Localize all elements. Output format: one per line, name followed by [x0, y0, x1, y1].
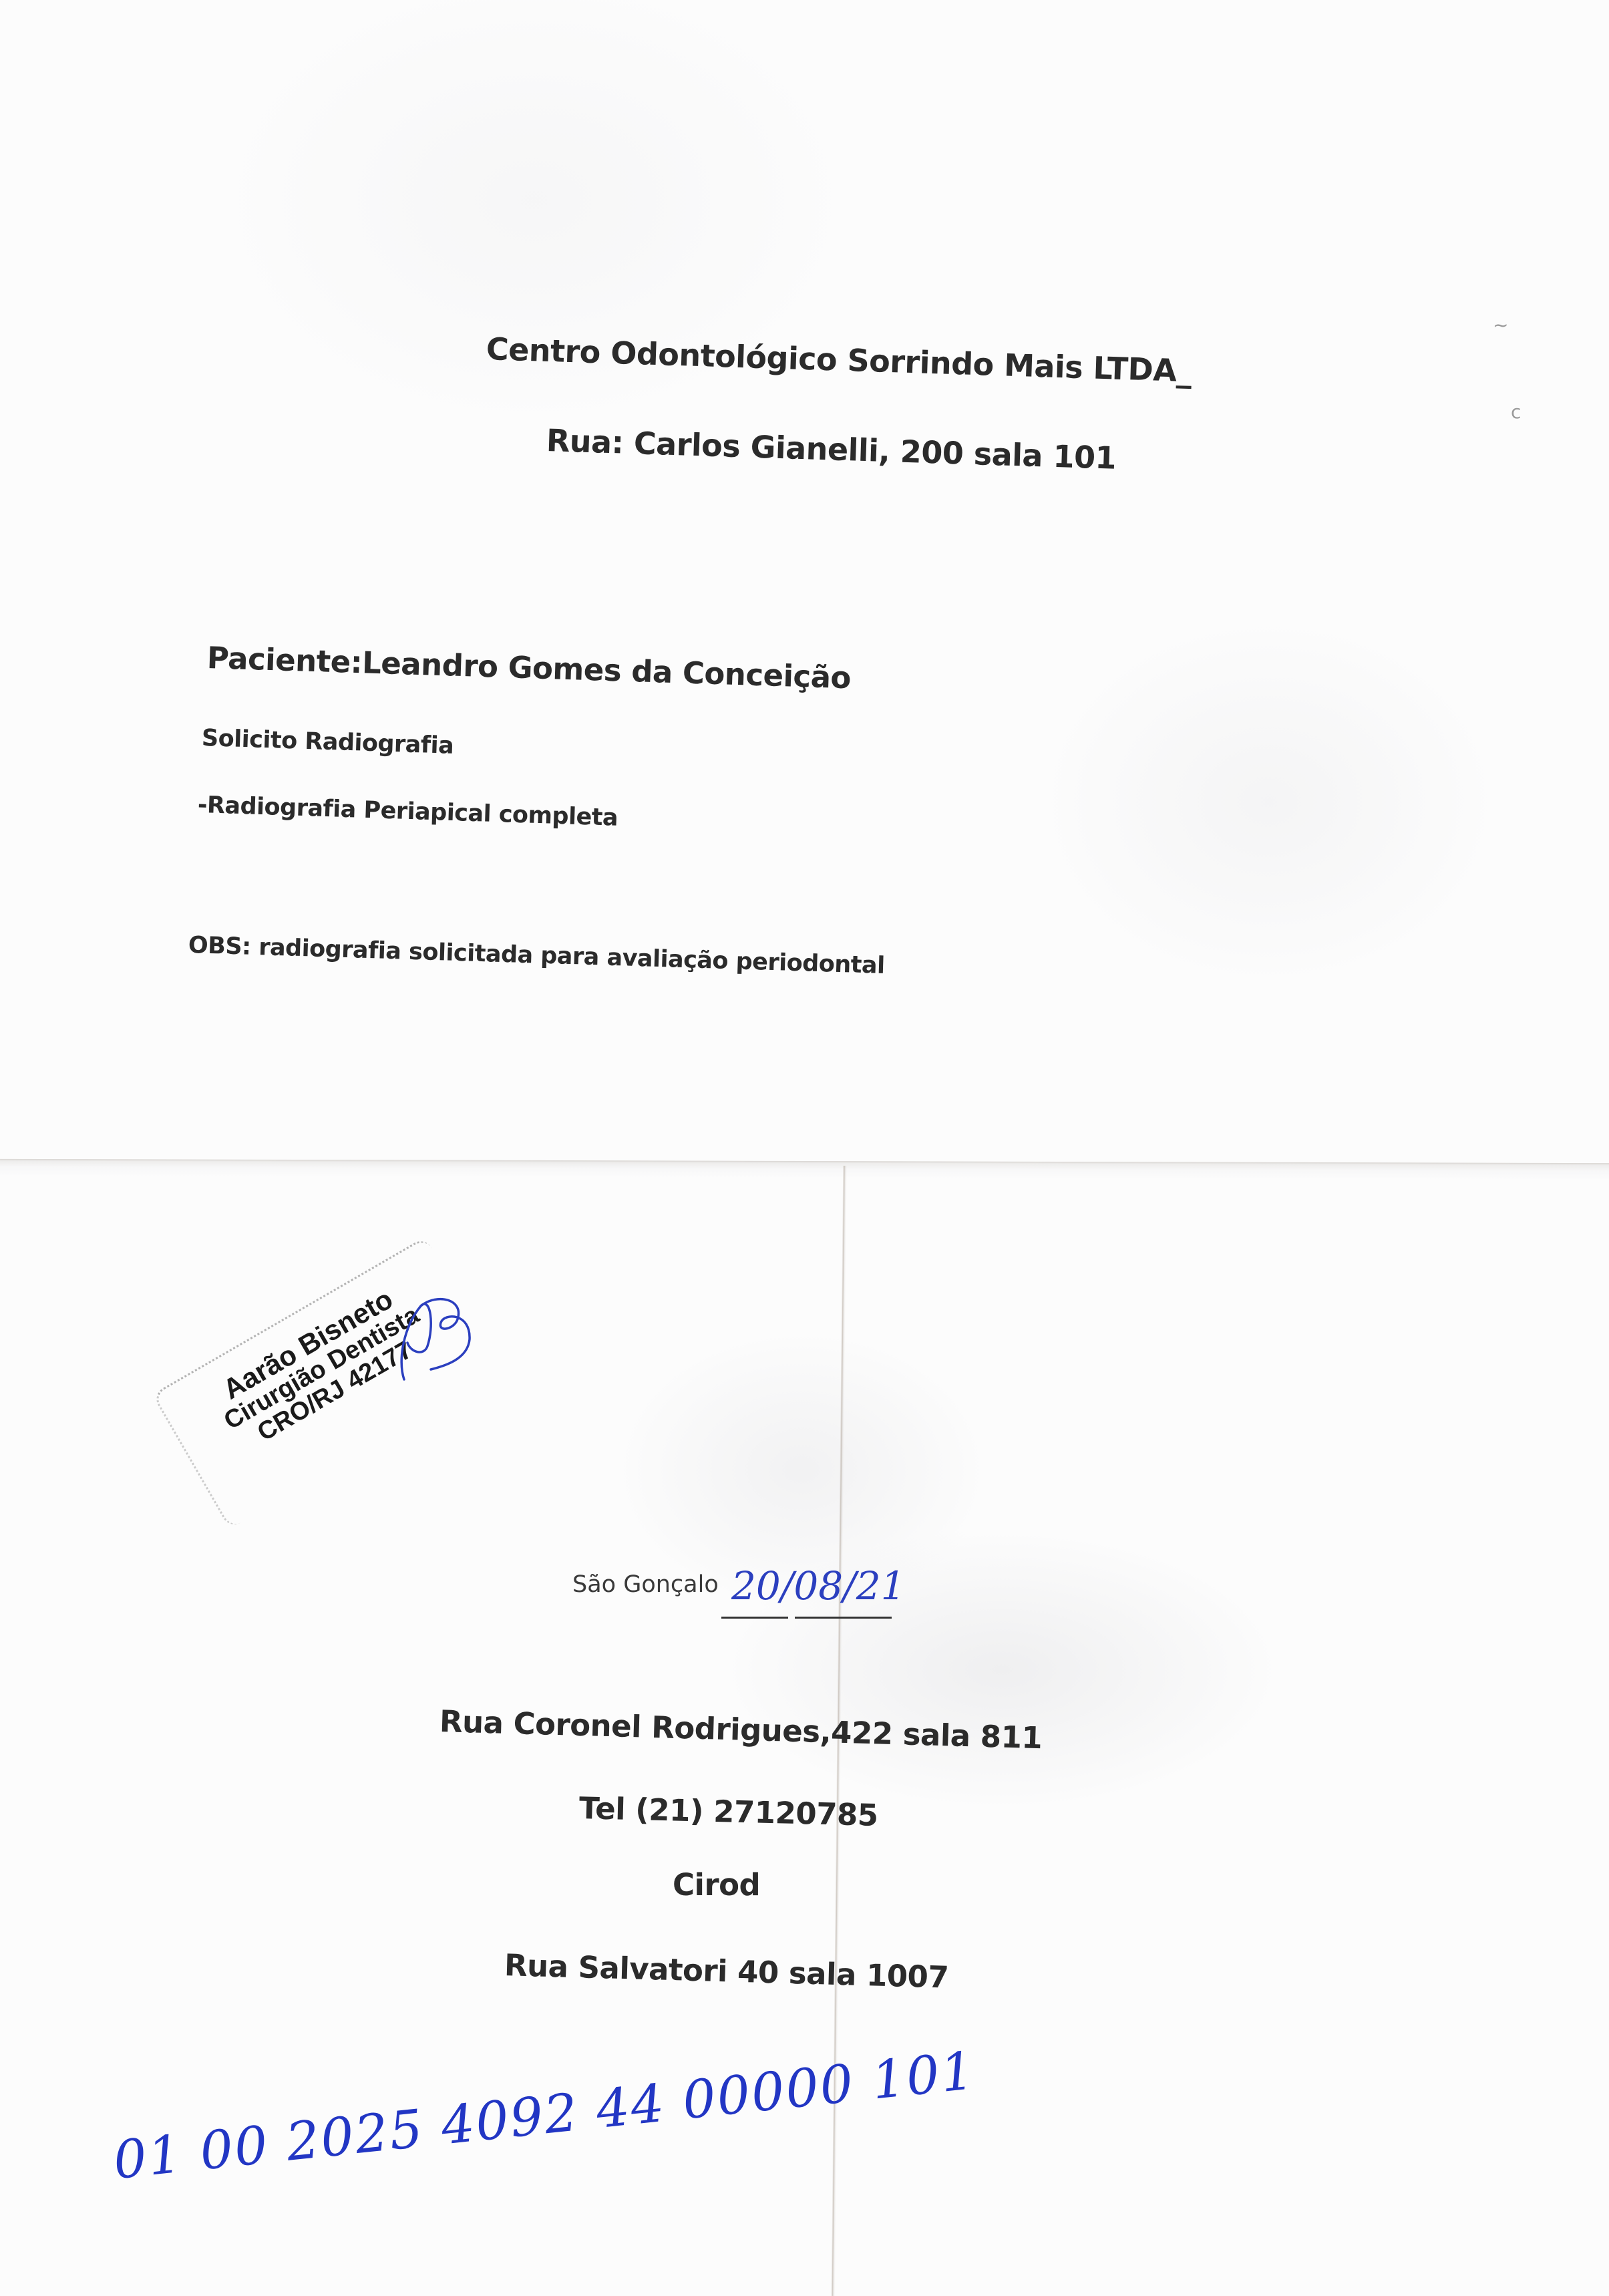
- footer-clinic-2: Cirod: [673, 1867, 760, 1903]
- paper-mark: c: [1511, 401, 1521, 423]
- handwritten-date: 20/08/21: [731, 1563, 906, 1609]
- footer-phone: Tel (21) 27120785: [578, 1790, 878, 1833]
- date-year-underline: [845, 1617, 892, 1619]
- date-day-underline: [721, 1617, 788, 1619]
- signature-mark: [391, 1286, 478, 1386]
- paper-mark: ~: [1493, 314, 1508, 336]
- city-label: São Gonçalo: [572, 1571, 719, 1598]
